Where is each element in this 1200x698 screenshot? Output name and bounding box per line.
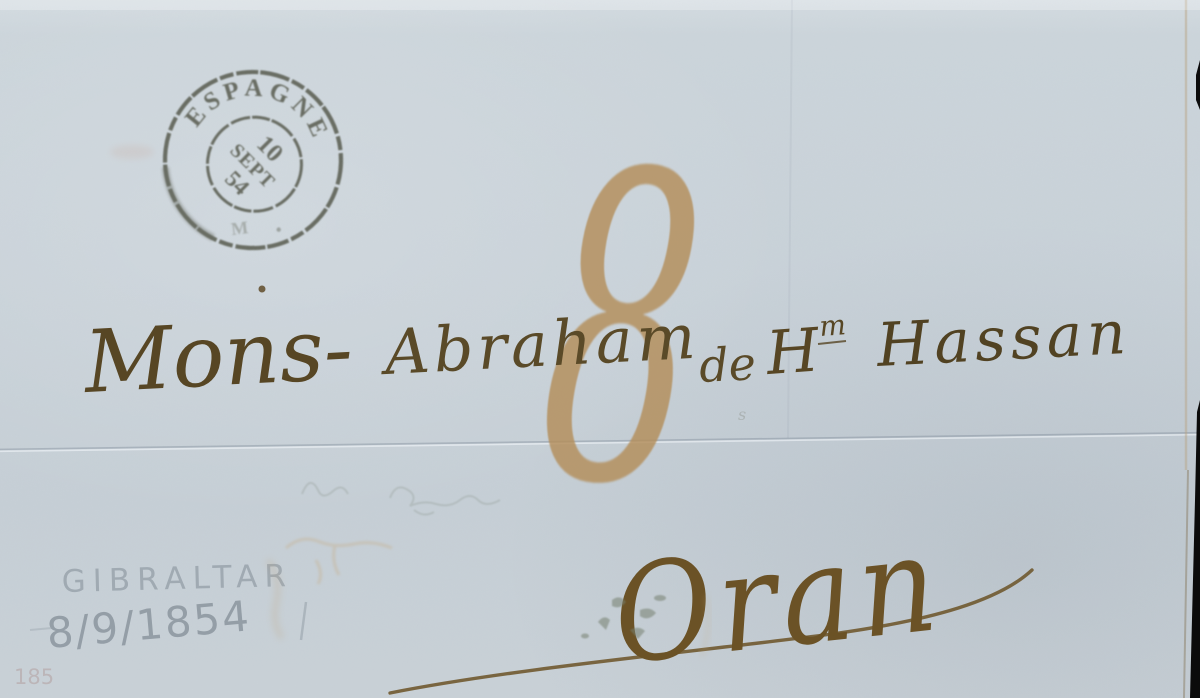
- paper-smear: [110, 145, 154, 159]
- postal-cover-scan: ESPAGNE 10 SEPT 54 M 8 Mons- Abraham de …: [0, 0, 1200, 698]
- pencil-faint-number: 185: [14, 665, 54, 689]
- abbrev-superscript: m: [818, 308, 847, 343]
- abbrev-initial-script: H: [763, 315, 823, 389]
- ink-dot: [259, 286, 266, 293]
- faint-fold-mark: s: [738, 405, 746, 424]
- surname-script: Hassan: [874, 298, 1132, 381]
- pencil-origin-note: GIBRALTAR: [61, 558, 293, 600]
- honorific-script: Mons-: [80, 299, 355, 413]
- postmark-bottom-letters: M: [230, 217, 249, 239]
- top-edge-highlight: [0, 0, 1200, 10]
- cover-art-layer: ESPAGNE 10 SEPT 54 M 8 Mons- Abraham de …: [0, 0, 1200, 698]
- particle-script: de: [698, 336, 757, 393]
